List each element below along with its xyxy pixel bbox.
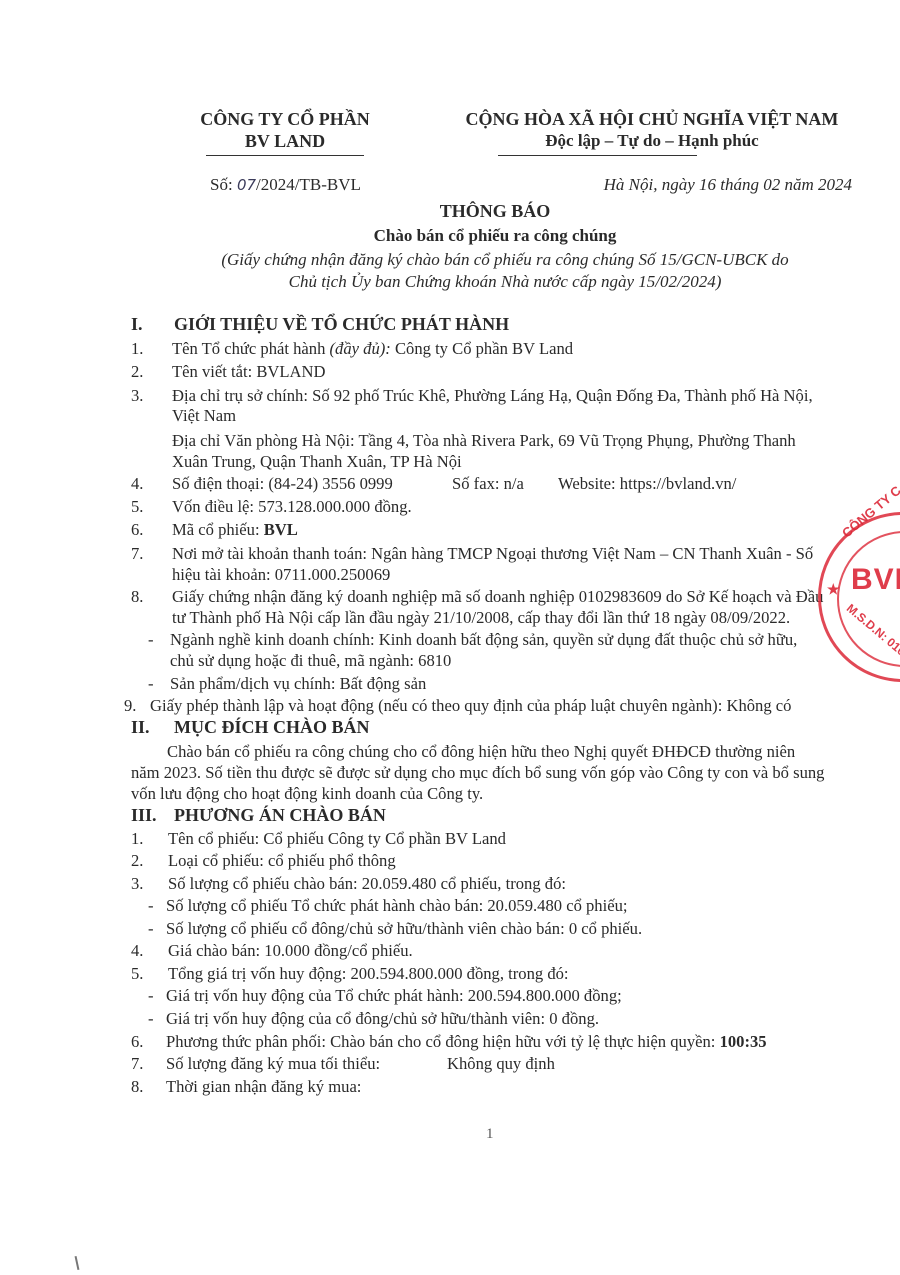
motto-underline: [498, 155, 697, 156]
star-icon: ★: [827, 581, 840, 598]
website-text: Website: https://bvland.vn/: [558, 474, 736, 494]
rights-ratio: 100:35: [720, 1032, 767, 1051]
company-underline: [206, 155, 364, 156]
nation-title: CỘNG HÒA XÃ HỘI CHỦ NGHĨA VIỆT NAM: [452, 108, 852, 130]
document-subtitle: Chào bán cổ phiếu ra công chúng: [0, 226, 900, 246]
national-header-block: CỘNG HÒA XÃ HỘI CHỦ NGHĨA VIỆT NAM Độc l…: [452, 108, 852, 152]
document-title: THÔNG BÁO: [0, 201, 900, 222]
scan-mark: [75, 1256, 80, 1270]
document-number: Số: 07/2024/TB-BVL: [210, 175, 361, 195]
seal-brand: BVL: [851, 563, 900, 597]
company-seal-stamp: CÔNG TY C ★ BVL M.S.D.N: 0102: [818, 512, 900, 682]
company-line-2: BV LAND: [190, 130, 380, 152]
page-number: 1: [486, 1126, 494, 1143]
company-name-block: CÔNG TY CỔ PHẦN BV LAND: [190, 108, 380, 152]
company-line-1: CÔNG TY CỔ PHẦN: [190, 108, 380, 130]
certificate-note: (Giấy chứng nhận đăng ký chào bán cổ phi…: [0, 249, 900, 293]
nation-motto: Độc lập – Tự do – Hạnh phúc: [452, 130, 852, 152]
place-date: Hà Nội, ngày 16 tháng 02 năm 2024: [604, 175, 852, 195]
stock-code: BVL: [264, 520, 298, 539]
handwritten-number: 07: [237, 176, 256, 194]
